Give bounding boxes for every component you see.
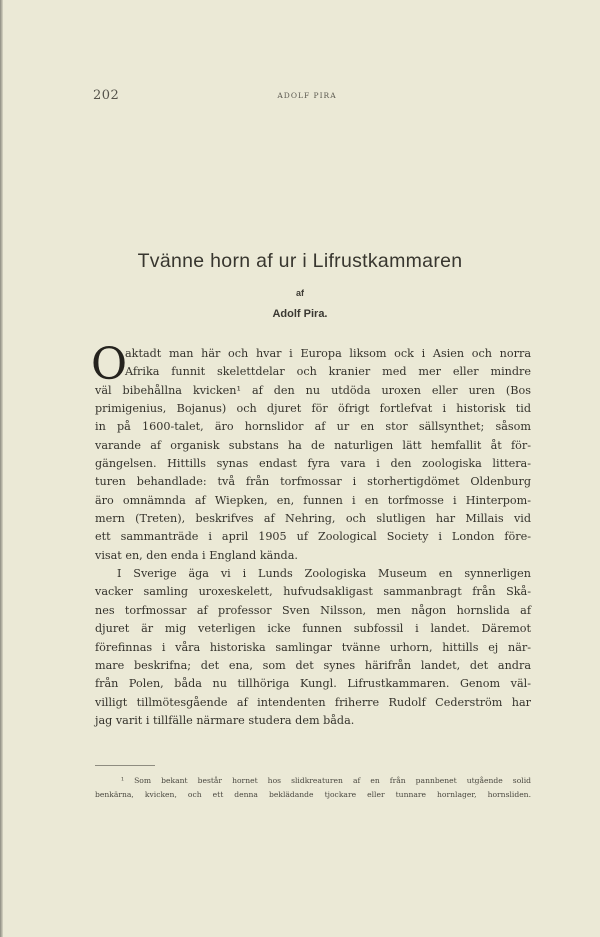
text-line: aktadt man här och hvar i Europa liksom …	[95, 345, 531, 363]
text-line: förefinnas i våra historiska samlingar t…	[95, 639, 531, 657]
text-line: I Sverige äga vi i Lunds Zoologiska Muse…	[95, 565, 531, 583]
text-line: äro omnämnda af Wiepken, en, funnen i en…	[95, 492, 531, 510]
text-line: djuret är mig veterligen icke funnen sub…	[95, 620, 531, 638]
text-line: villigt tillmötesgående af intendenten f…	[95, 694, 531, 712]
text-line: mern (Treten), beskrifves af Nehring, oc…	[95, 510, 531, 528]
text-line: visat en, den enda i England kända.	[95, 547, 531, 565]
text-line: jag varit i tillfälle närmare studera de…	[95, 712, 531, 730]
text-line: turen behandlade: två från torfmossar i …	[95, 473, 531, 491]
footnotes: ¹ Som bekant består hornet hos slidkreat…	[95, 774, 531, 802]
text-line: primigenius, Bojanus) och djuret för öfr…	[95, 400, 531, 418]
article-title: Tvänne horn af ur i Lifrustkammaren	[0, 250, 600, 273]
paragraph-1: O aktadt man här och hvar i Europa likso…	[95, 345, 531, 565]
text-line: ett sammanträde i april 1905 uf Zoologic…	[95, 528, 531, 546]
byline-prefix: af	[0, 288, 600, 298]
running-head: 202 ADOLF PIRA	[78, 88, 536, 104]
text-line: nes torfmossar af professor Sven Nilsson…	[95, 602, 531, 620]
page-edge-shadow	[0, 0, 3, 937]
author-name: Adolf Pira.	[0, 308, 600, 320]
text-line: Afrika funnit skelettdelar och kranier m…	[95, 363, 531, 381]
footnote-line: ¹ Som bekant består hornet hos slidkreat…	[95, 774, 531, 788]
footnote-divider	[95, 765, 155, 766]
text-line: vacker samling uroxeskelett, hufvudsakli…	[95, 583, 531, 601]
text-line: in på 1600-talet, äro hornslidor af ur e…	[95, 418, 531, 436]
text-line: från Polen, båda nu tillhöriga Kungl. Li…	[95, 675, 531, 693]
text-line: varande af organisk substans ha de natur…	[95, 437, 531, 455]
drop-cap: O	[91, 345, 127, 385]
text-line: gängelsen. Hittills synas endast fyra va…	[95, 455, 531, 473]
footnote-line: benkärna, kvicken, och ett denna bekläda…	[95, 788, 531, 802]
article-body: O aktadt man här och hvar i Europa likso…	[95, 345, 531, 730]
running-head-title: ADOLF PIRA	[78, 91, 536, 100]
text-line: mare beskrifna; det ena, som det synes h…	[95, 657, 531, 675]
text-line: väl bibehållna kvicken¹ af den nu utdöda…	[95, 382, 531, 400]
paragraph-2: I Sverige äga vi i Lunds Zoologiska Muse…	[95, 565, 531, 730]
